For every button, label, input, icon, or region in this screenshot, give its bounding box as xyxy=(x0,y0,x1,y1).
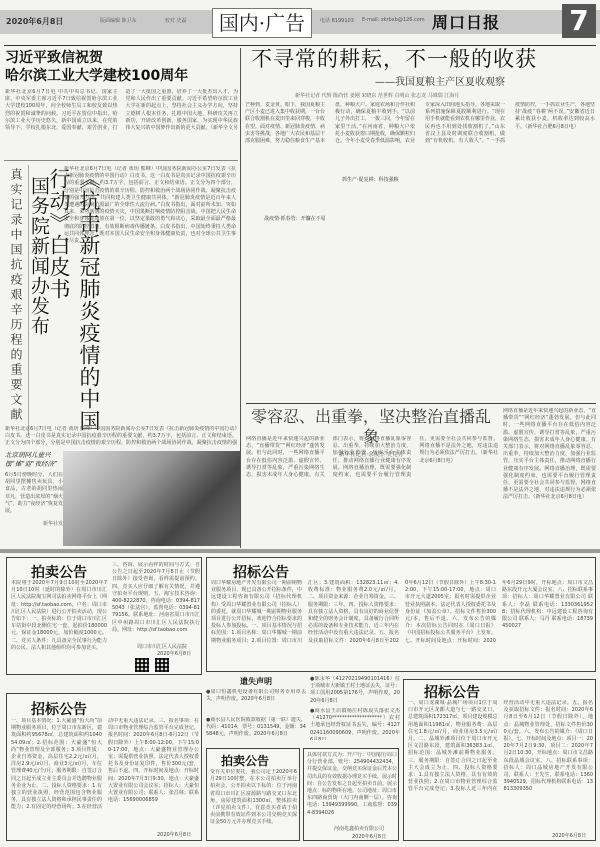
ad-title: 招标公告 xyxy=(31,699,87,719)
ad-body: 周口华耀房地产开发有限公司一期前期物业服务项目，现已具备公开招标条件，中远建设工… xyxy=(211,580,593,670)
headline: 哈尔滨工业大学建校100周年 xyxy=(5,67,238,85)
whitepaper-body: 新华社北京6月7日电（记者 黄玥 熊峰）中国国务院新闻办公室7日发表《抗击新冠肺… xyxy=(64,166,236,424)
photo-title: 北京胡同儿童兴摆“摊”迎“夜经济” xyxy=(5,451,63,469)
email: E-mail: zkrbxb@126.com xyxy=(362,17,425,23)
lost-notice-cont: ●陈永华（41270219490101416）位于项城市大新镇王村土地证丢失，证… xyxy=(310,676,400,744)
column-divider xyxy=(240,48,241,548)
headline: 不寻常的耕耘，不一般的收获 xyxy=(245,46,595,72)
subhead: 战疫情·抓春管：开镰在不易 xyxy=(262,215,328,222)
phone: 电话 8199103 xyxy=(320,17,354,24)
ad-body: 三、咨询、展示看样的时间与方式：自公告之日起至2020年7月8日止（节假日除外）… xyxy=(112,562,200,644)
proof-credit: 校对 史磊 xyxy=(165,17,187,24)
ad-title: 遗失声明 xyxy=(206,676,306,687)
subheadline: ——我国夏粮主产区夏收观察 xyxy=(285,73,595,88)
ad-body: 一、项目基本情况：1.大豪盛“恒大尚”前期物业服务项目，位于周口市东新区，建筑面… xyxy=(11,718,199,830)
divider xyxy=(4,160,238,161)
ad-section-separator xyxy=(0,549,600,553)
lost-item: ●陈永华（41270219490101416）位于项城市大新镇王村土地证丢失，证… xyxy=(310,676,400,708)
paper-logo: 周口日报 xyxy=(432,10,500,33)
ad-body: 一、周口龙湖城·晶城广场项目1位于周口市开元区龙都大道与七一路交叉口，总建筑面积… xyxy=(408,700,593,832)
ad-title: 拍卖公告 xyxy=(221,752,269,769)
whitepaper-side-title: 真实记录中国抗疫艰辛历程的重要文献 xyxy=(8,168,25,428)
tender-notice-2: 招标公告 一、项目基本情况：1.大豪盛“恒大尚”前期物业服务项目，位于周口市东新… xyxy=(6,693,202,841)
ad-date: 2020年6月8日 xyxy=(157,650,191,657)
lost-notice: 遗失声明 ●周口恒鑫机电设备有限公司财务专用章丢失，声明作废。2020年6月8日… xyxy=(206,676,306,744)
news-photo xyxy=(63,451,240,546)
photo-caption: 6月5日傍晚时分，人们在胡同里摆摊售卖玩具、小食品，古老的胡同里热闹非凡，营造出… xyxy=(5,472,63,520)
article-body: 新华社北京6月7日电 中共中央总书记、国家主席、中央军委主席习近平7日致信祝贺哈… xyxy=(5,89,238,139)
ad-date: 2020年6月8日 xyxy=(157,831,191,838)
farming-body: 芒种到，麦金黄。眼下，我国夏粮主产区小麦已进入集中收获期，一台台联合收割机在麦田… xyxy=(245,102,595,402)
ad-date: 2020年6月8日 xyxy=(352,833,386,840)
headline: 习近平致信祝贺 xyxy=(5,50,238,67)
ad-title: 拍卖公告 xyxy=(31,562,87,582)
auction-notice-2: 拍卖公告 受有关单位委托，我公司定于2020年6月29日10时整，在本公司拍卖厅… xyxy=(206,748,300,841)
qr-code[interactable] xyxy=(155,658,169,672)
masthead: 2020年6月8日 版面编辑 陈卫东 校对 史磊 国内·广告 电话 819910… xyxy=(0,0,600,47)
byline: 新华社记者 代辉 陈尚营 姜刚 宋晓东 范世辉 白明山 张志龙 马姝瑞 江海月 xyxy=(295,92,595,99)
tender-notice-3: 招标公告 一、周口龙湖城·晶城广场项目1位于周口市开元区龙都大道与七一路交叉口，… xyxy=(403,679,596,841)
livestream-body: 网络直播是近年来快速兴起的新业态，“直播带货”“网红经济”蓬勃发展。但与此同时，… xyxy=(246,436,498,546)
auction-notice-2-cont: 具体付款方式为：开户行：中国银行周口分行营业部，账号：254904432434，… xyxy=(303,748,399,841)
lost-item: ●周口恒鑫机电设备有限公司财务专用章丢失，声明作废。2020年6月8日 xyxy=(206,689,306,717)
auction-notice-1: 拍卖公告 本院将于2020年7月9日10时至2020年7月10日10时（延时的除… xyxy=(6,557,202,675)
article-xi-congrats: 习近平致信祝贺 哈尔滨工业大学建校100周年 新华社北京6月7日电 中共中央总书… xyxy=(5,50,238,139)
ad-title: 招标公告 xyxy=(233,562,289,582)
subhead: 抓生产·促复耕：科技强粮 xyxy=(340,176,401,183)
ad-date: 2020年6月8日 xyxy=(552,832,586,839)
lost-item: ●商水县人民医院收款收据（第一联）遗失，代码：41014，票号：0131549，… xyxy=(206,717,306,745)
section-title: 国内·广告 xyxy=(212,8,312,38)
divider xyxy=(246,403,596,404)
page-number: 7 xyxy=(562,4,596,38)
article-farming: 不寻常的耕耘，不一般的收获 ——我国夏粮主产区夏收观察 新华社记者 代辉 陈尚营… xyxy=(245,46,595,99)
tender-notice-1: 招标公告 周口华耀房地产开发有限公司一期前期物业服务项目，现已具备公开招标条件，… xyxy=(206,557,596,672)
issue-date: 2020年6月8日 xyxy=(6,16,63,27)
ad-issuer: 周口市川汇区人民法院 xyxy=(137,643,187,650)
whitepaper-body-cont: 新华社北京6月7日电（记者 黄玥 熊峰）中国国务院新闻办公室7日发表《抗击新冠肺… xyxy=(5,426,237,446)
editor-credit: 版面编辑 陈卫东 xyxy=(100,17,137,24)
ad-issuer: 河南兆鑫拍卖有限公司 xyxy=(334,825,384,832)
livestream-body-right: 网络直播是近年来快速兴起的新业态，“直播带货”“网红经济”蓬勃发展。但与此同时，… xyxy=(503,408,596,548)
qr-code[interactable] xyxy=(135,658,149,672)
photo-story: 北京胡同儿童兴摆“摊”迎“夜经济” 6月5日傍晚时分，人们在胡同里摆摊售卖玩具、… xyxy=(5,451,63,527)
lost-item: ●商水县王店镇杨庄村陈晨失落张文杰（41270*****************… xyxy=(310,708,400,740)
photo-credit: 新华社发 xyxy=(5,520,63,527)
ad-title: 招标公告 xyxy=(424,682,480,702)
ad-body: 具体付款方式为：开户行：中国银行周口分行营业部，账号：254904432434，… xyxy=(307,752,397,824)
ad-body: 本院将于2020年7月9日10时至2020年7月10日10时（延时的除外）在周口… xyxy=(11,580,107,672)
whitepaper-subtitle: 国务院新闻办发布 xyxy=(26,176,53,376)
ad-body: 受有关单位委托，我公司定于2020年6月29日10时整，在本公司拍卖厅举行拍卖会… xyxy=(210,769,297,839)
